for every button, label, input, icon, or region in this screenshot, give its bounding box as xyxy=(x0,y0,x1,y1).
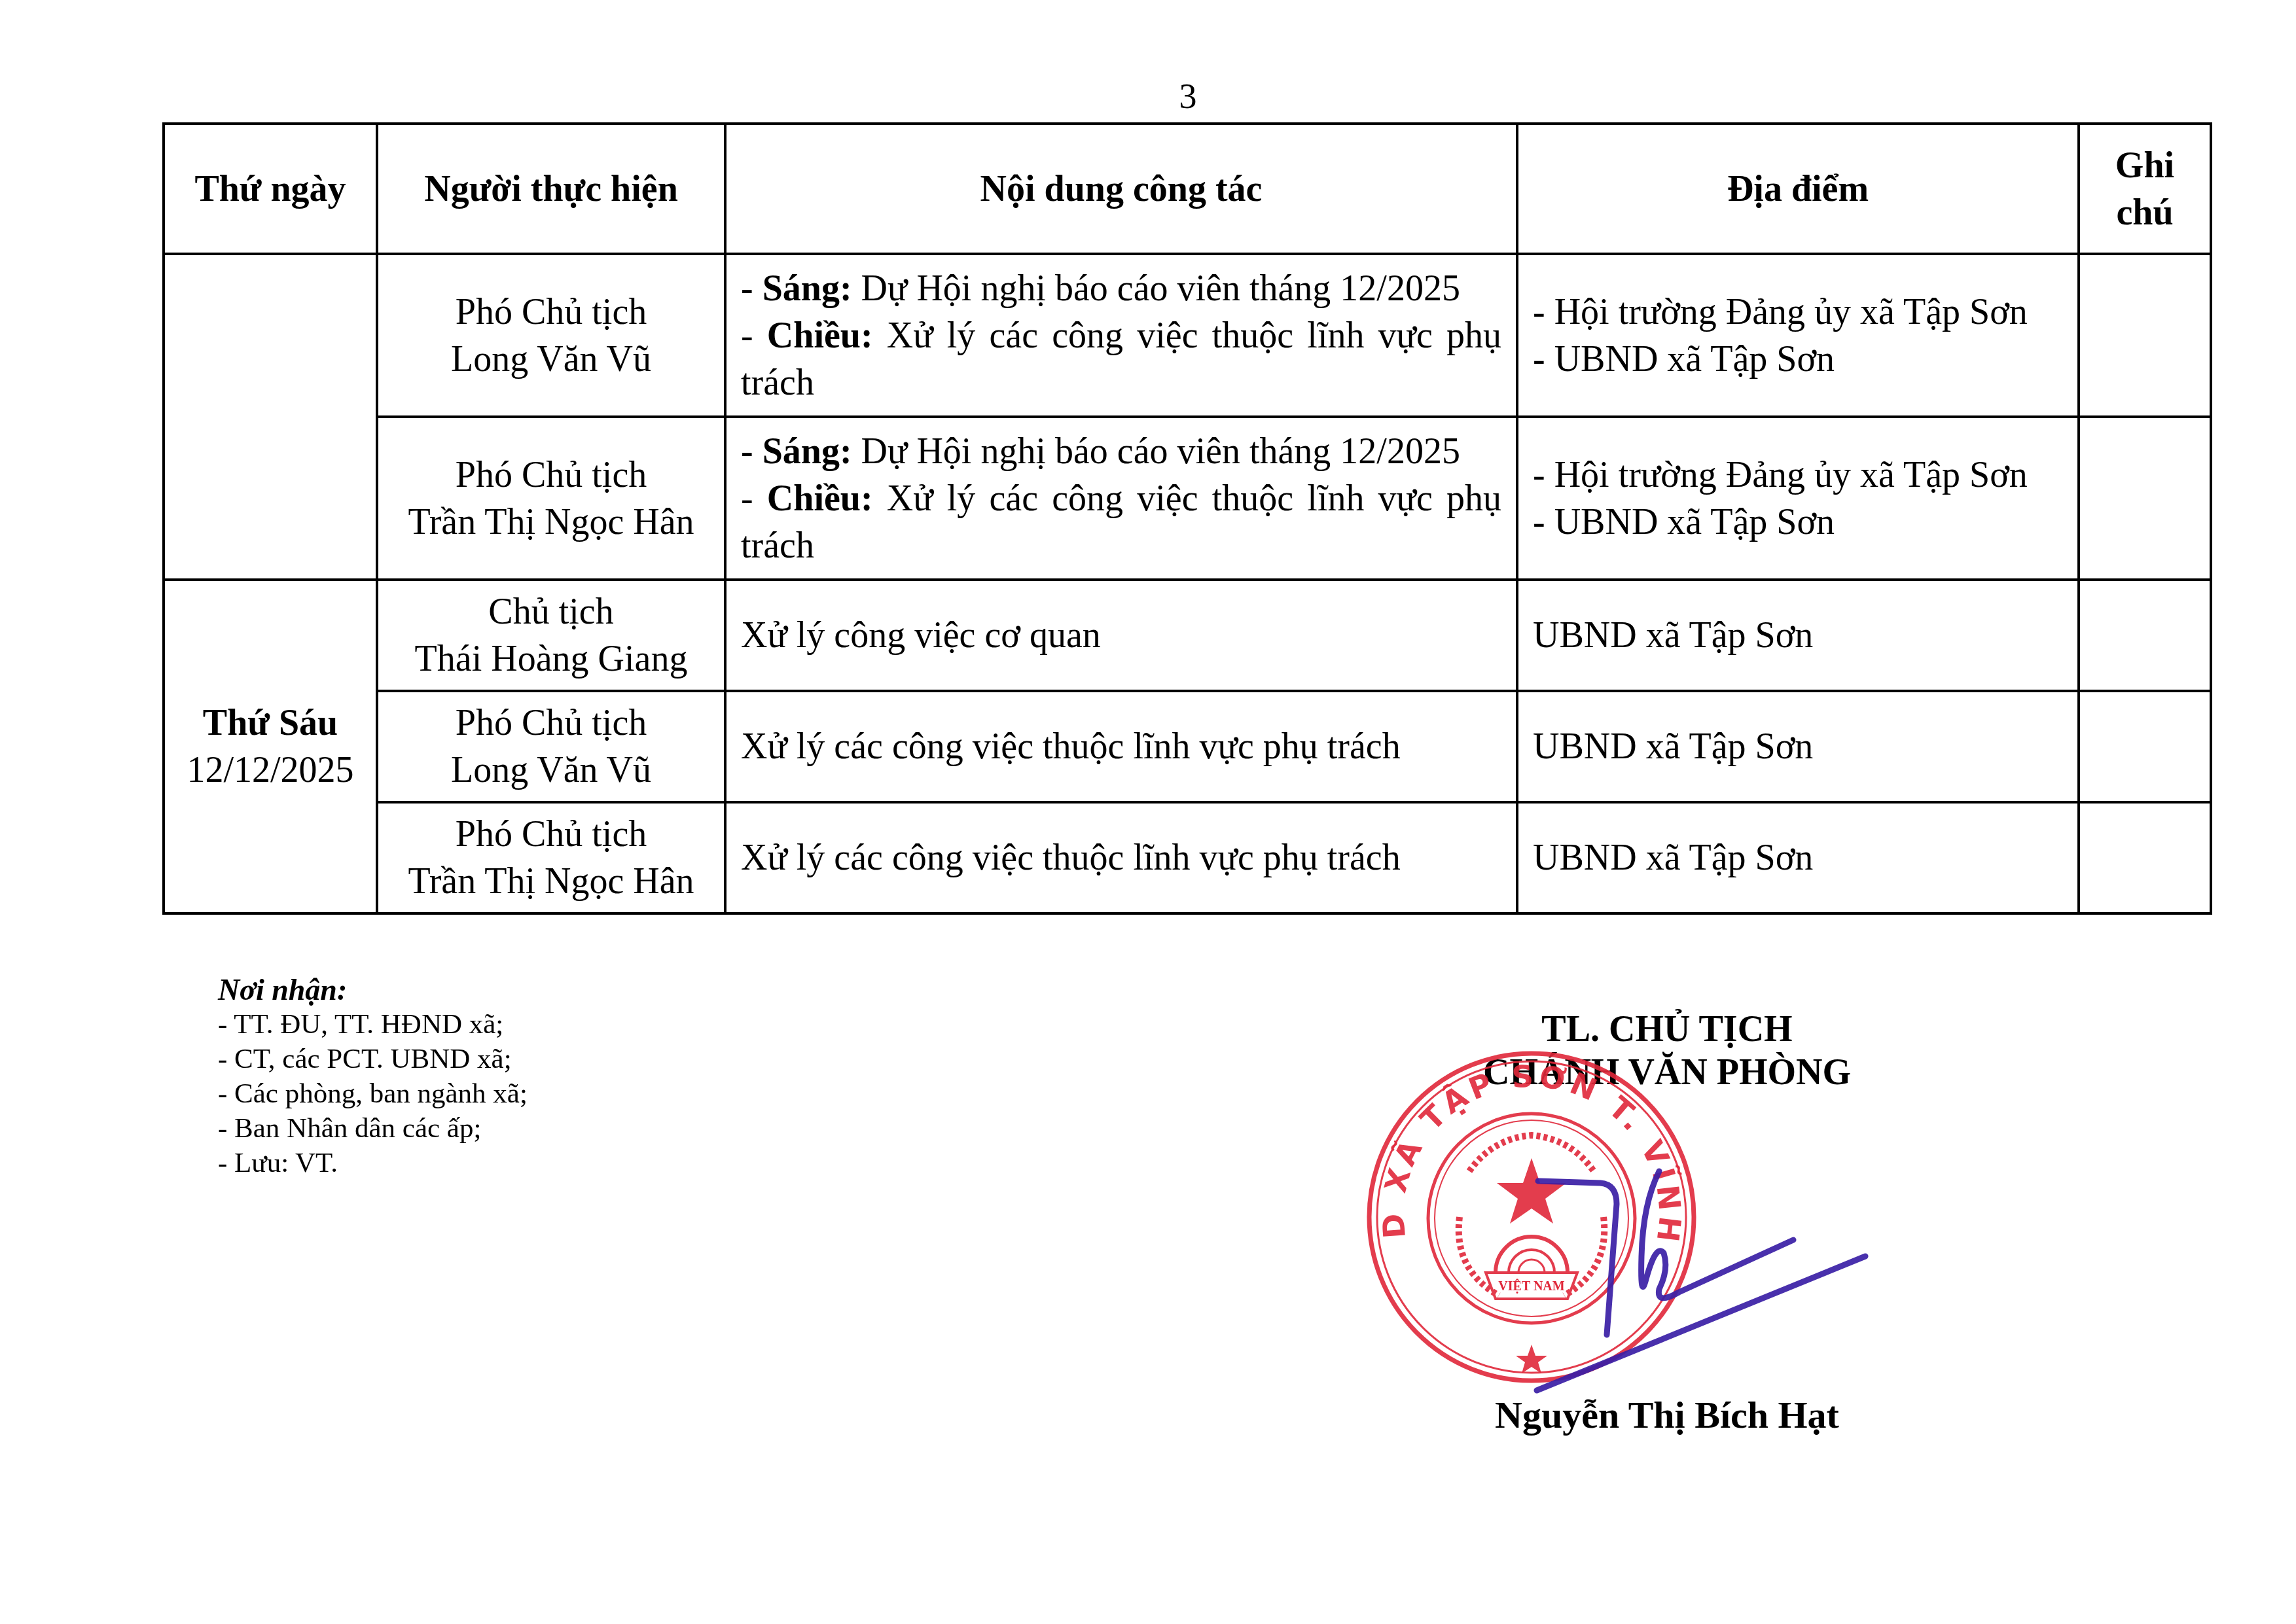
person-role: Chủ tịch xyxy=(393,588,709,635)
day-cell: Thứ Sáu 12/12/2025 xyxy=(164,580,377,913)
table-header-row: Thứ ngày Người thực hiện Nội dung công t… xyxy=(164,124,2211,254)
content-cell: Xử lý công việc cơ quan xyxy=(725,580,1517,691)
day-cell xyxy=(164,254,377,580)
content-cell: Xử lý các công việc thuộc lĩnh vực phụ t… xyxy=(725,802,1517,913)
person-name: Trần Thị Ngọc Hân xyxy=(393,499,709,546)
day-date: 12/12/2025 xyxy=(179,747,361,794)
day-name: Thứ Sáu xyxy=(179,699,361,747)
person-name: Trần Thị Ngọc Hân xyxy=(393,858,709,905)
table-row: Phó Chủ tịch Long Văn Vũ - Sáng: Dự Hội … xyxy=(164,254,2211,417)
header-note: Ghi chú xyxy=(2079,124,2211,254)
recipients-block: Nơi nhận: - TT. ĐU, TT. HĐND xã; - CT, c… xyxy=(218,972,528,1180)
recipients-title: Nơi nhận: xyxy=(218,972,528,1007)
header-place: Địa điểm xyxy=(1517,124,2079,254)
content-afternoon: - Chiều: Xử lý các công việc thuộc lĩnh … xyxy=(741,475,1501,569)
work-schedule-table: Thứ ngày Người thực hiện Nội dung công t… xyxy=(162,122,2212,915)
handwritten-signature-icon xyxy=(1525,1165,1944,1400)
person-cell: Chủ tịch Thái Hoàng Giang xyxy=(377,580,725,691)
person-cell: Phó Chủ tịch Long Văn Vũ xyxy=(377,691,725,802)
recipient-item: - Ban Nhân dân các ấp; xyxy=(218,1111,528,1146)
table-row: Phó Chủ tịch Trần Thị Ngọc Hân - Sáng: D… xyxy=(164,417,2211,580)
content-cell: - Sáng: Dự Hội nghị báo cáo viên tháng 1… xyxy=(725,417,1517,580)
content-morning: - Sáng: Dự Hội nghị báo cáo viên tháng 1… xyxy=(741,428,1501,475)
place-cell: - Hội trường Đảng ủy xã Tập Sơn - UBND x… xyxy=(1517,254,2079,417)
person-name: Long Văn Vũ xyxy=(393,336,709,383)
content-cell: - Sáng: Dự Hội nghị báo cáo viên tháng 1… xyxy=(725,254,1517,417)
note-cell xyxy=(2079,254,2211,417)
note-cell xyxy=(2079,417,2211,580)
person-cell: Phó Chủ tịch Trần Thị Ngọc Hân xyxy=(377,417,725,580)
place-line: - UBND xã Tập Sơn xyxy=(1533,336,2063,383)
place-line: - Hội trường Đảng ủy xã Tập Sơn xyxy=(1533,289,2063,336)
place-cell: UBND xã Tập Sơn xyxy=(1517,580,2079,691)
header-content: Nội dung công tác xyxy=(725,124,1517,254)
content-cell: Xử lý các công việc thuộc lĩnh vực phụ t… xyxy=(725,691,1517,802)
person-role: Phó Chủ tịch xyxy=(393,289,709,336)
person-name: Long Văn Vũ xyxy=(393,747,709,794)
person-cell: Phó Chủ tịch Trần Thị Ngọc Hân xyxy=(377,802,725,913)
note-cell xyxy=(2079,580,2211,691)
person-role: Phó Chủ tịch xyxy=(393,699,709,747)
signer-name: Nguyễn Thị Bích Hạt xyxy=(1405,1392,1929,1438)
recipient-item: - TT. ĐU, TT. HĐND xã; xyxy=(218,1007,528,1042)
person-cell: Phó Chủ tịch Long Văn Vũ xyxy=(377,254,725,417)
place-line: - Hội trường Đảng ủy xã Tập Sơn xyxy=(1533,451,2063,499)
recipient-item: - Lưu: VT. xyxy=(218,1146,528,1180)
person-name: Thái Hoàng Giang xyxy=(393,635,709,682)
table-row: Phó Chủ tịch Long Văn Vũ Xử lý các công … xyxy=(164,691,2211,802)
recipient-item: - CT, các PCT. UBND xã; xyxy=(218,1042,528,1076)
place-line: - UBND xã Tập Sơn xyxy=(1533,499,2063,546)
person-role: Phó Chủ tịch xyxy=(393,811,709,858)
header-note-line2: chú xyxy=(2094,189,2195,236)
header-note-line1: Ghi xyxy=(2094,142,2195,189)
note-cell xyxy=(2079,802,2211,913)
header-day: Thứ ngày xyxy=(164,124,377,254)
recipient-item: - Các phòng, ban ngành xã; xyxy=(218,1076,528,1111)
note-cell xyxy=(2079,691,2211,802)
header-person: Người thực hiện xyxy=(377,124,725,254)
person-role: Phó Chủ tịch xyxy=(393,451,709,499)
table-row: Thứ Sáu 12/12/2025 Chủ tịch Thái Hoàng G… xyxy=(164,580,2211,691)
content-afternoon: - Chiều: Xử lý các công việc thuộc lĩnh … xyxy=(741,312,1501,406)
signature-title-line1: TL. CHỦ TỊCH xyxy=(1405,1008,1929,1051)
table-row: Phó Chủ tịch Trần Thị Ngọc Hân Xử lý các… xyxy=(164,802,2211,913)
content-morning: - Sáng: Dự Hội nghị báo cáo viên tháng 1… xyxy=(741,265,1501,312)
place-cell: UBND xã Tập Sơn xyxy=(1517,802,2079,913)
place-cell: - Hội trường Đảng ủy xã Tập Sơn - UBND x… xyxy=(1517,417,2079,580)
place-cell: UBND xã Tập Sơn xyxy=(1517,691,2079,802)
page-number: 3 xyxy=(1152,73,1224,119)
